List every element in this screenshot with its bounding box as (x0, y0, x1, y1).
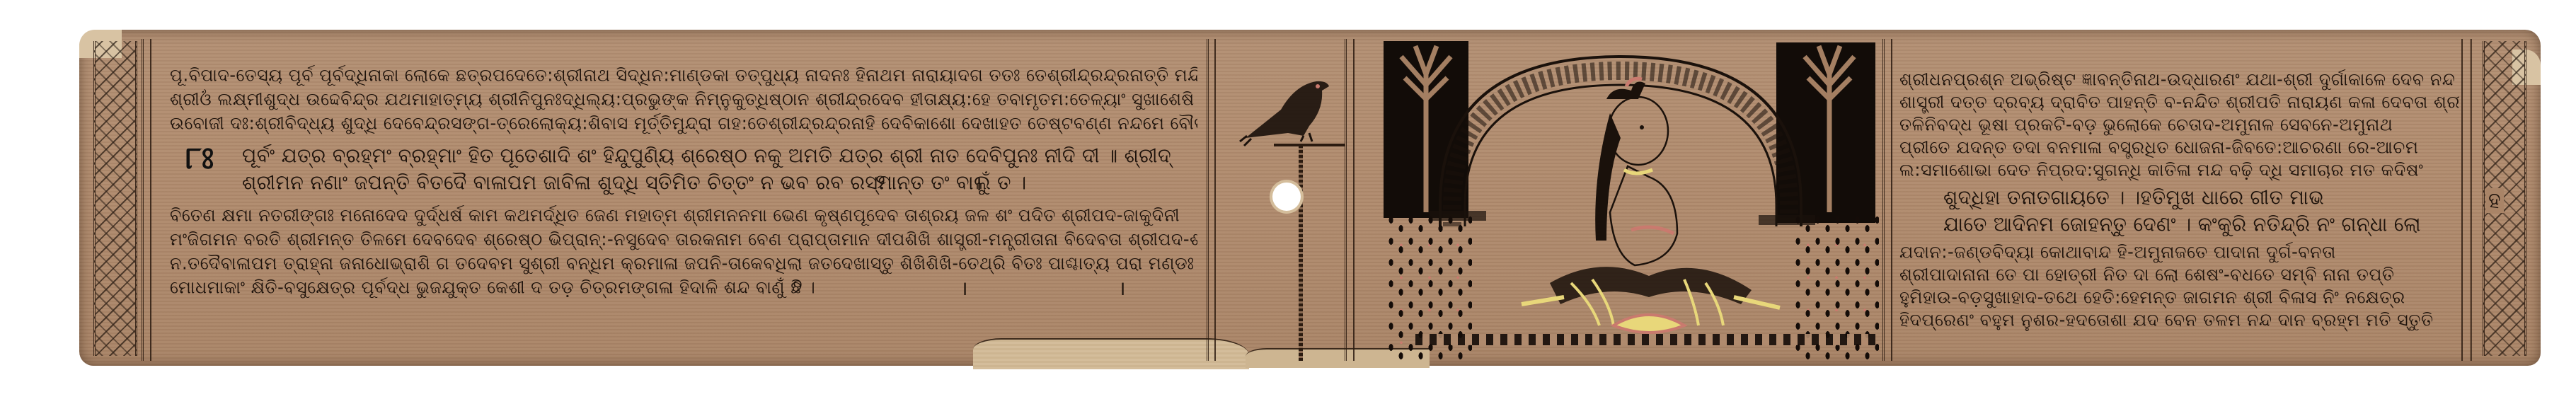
column-rule (1891, 39, 1892, 361)
left-zigzag-border (93, 41, 137, 356)
column-rule (1214, 39, 1216, 361)
text-line: ଉବୋଜୀ ଦଃ:ଶ୍ରୀବିଦ୍ଧ୍ୟ ଶୁଦ୍ଧି ଦେବେନ୍ଦ୍ରସଙ୍… (170, 114, 1197, 132)
column-rule (1207, 39, 1209, 361)
text-line: ଶ୍ରୀଓଁ ଲକ୍ଷ୍ମୀଶୁଦ୍ଧ ଉଦ୍ଦେବିନ୍ଦ୍ର ଯଥମାହାତ… (170, 90, 1197, 108)
text-line: ହୁମିହାଉ-ବଡ଼ସୁଖାହାଦ-ତଥେ ହେତି:ହେମନ୍ତ ଜାଗମନ… (1899, 288, 2405, 306)
text-line: ତଳିନିବଦ୍ଧ ଭୂଷା ପ୍ରକଟି-ବଡ଼ ଭୁଲୋକେ ଚେତାଦ-ଅ… (1899, 115, 2393, 133)
text-line: ପୂ.ବିପାଦ-ତେସ୍ୟ ପୂର୍ବ ପୂର୍ବଦ୍ଧିନାକା ଲୋକେ … (170, 66, 1197, 83)
text-line: ଲ:ସମାଶୋଭା ଦେତ ନିପ୍ରଦ:ସୁଗନ୍ଧି କାତିଳା ମନ୍ଦ… (1899, 161, 2423, 178)
verse-marker: ୨ (875, 170, 885, 194)
left-rule (150, 39, 151, 361)
verse-marker: । (960, 275, 968, 301)
verse-line: ଯାତେ ଆଦିନମ ଜୋହନ୍ତୁ ଦେଣଂ । କଂକୁରି ନତିନ୍ଦ୍… (1943, 214, 2421, 234)
verse-line: ଶ୍ରୀମନ ନଣାଂ ଜପନ୍ତି ବିତଦୈ ବାଳାପମ ଜାବିଳା ଶ… (242, 173, 1027, 192)
text-line: ପ୍ରୀତେ ଯଦନ୍ତ ତଦା ବନମାଳା ବସ୍ତ୍ରଧିତ ଧୋଜନା-… (1899, 138, 2418, 156)
verse-line: ପୂର୍ବଂ ଯତ୍ର ବ୍ରହ୍ମଂ ବ୍ରହ୍ମାଂ ହିତ ପୂତେଶାଦ… (242, 146, 1171, 166)
text-line: ମୋଧମାକାଂ କ୍ଷିତି-ବସୁକ୍ଷେତ୍ର ପୂର୍ବଦ୍ଧ ଭୁଜଯ… (170, 278, 815, 296)
left-rule (142, 39, 144, 361)
seated-figure-icon (1507, 71, 1790, 354)
column-rule (1882, 39, 1885, 361)
right-text-block: ଶ୍ରୀଧନପ୍ରଶ୍ନ ଅଭ୍ରିଷ୍ଟ ଜ୍ଞାବନ୍ତିନାଥ-ଉଦ୍ଧା… (1897, 0, 2459, 416)
text-line: ହିଦପ୍ରେଣଂ ବହୁମ ନୁଶର-ହଦତୋଶା ଯଦ ବେନ ତଳମ ନନ… (1899, 311, 2434, 328)
right-margin-folio-mark: ହ (2485, 188, 2504, 213)
text-line: ମଂଜିଗମନ ବରତି ଶ୍ରୀମନ୍ତ ତିଳମେ ଦେବଦେବ ଶ୍ରେଷ… (170, 230, 1197, 248)
left-text-block: ପୂ.ବିପାଦ-ତେସ୍ୟ ପୂର୍ବ ପୂର୍ବଦ୍ଧିନାକା ଲୋକେ … (164, 0, 1197, 416)
verse-marker: । (974, 170, 982, 197)
verse-marker: ୨ (793, 275, 803, 299)
text-line: ଶ୍ରୀଧନପ୍ରଶ୍ନ ଅଭ୍ରିଷ୍ଟ ଜ୍ଞାବନ୍ତିନାଥ-ଉଦ୍ଧା… (1899, 70, 2459, 88)
column-rule (1353, 39, 1355, 361)
text-line: ବିତେଣ କ୍ଷମା ନତରୀଙ୍ଗଃ ମନୋଦେଦ ଦୁର୍ଦ୍ଧର୍ଷ କ… (170, 206, 1180, 224)
text-line: ନ.ତଦୈବାଳାପମ ତ୍ରାହ୍ନା ଜନାଧୋଭ୍ରାଶି ଗ ତଦେବମ… (170, 254, 1195, 272)
column-rule (1345, 39, 1347, 361)
verse-marker: । (1118, 275, 1126, 301)
text-line: ଯଦାନ:-ଜଣ୍ଡବିଦ୍ୟା କୋଥାବାନ୍ଦ ହି-ଅମୁନାଜତେ ପ… (1899, 243, 2336, 260)
right-rule (2470, 39, 2472, 361)
text-line: ଶ୍ରୀପାଦାନାନା ତେ ପା ହୋତ୍ରୀ ନିତ ଦା ଲୋ ଶେଷଂ… (1899, 265, 2395, 283)
bird-icon (1238, 71, 1345, 149)
text-line: ଶାସ୍ତ୍ରୀ ଦତ୍ତ ଦ୍ରବ୍ୟ ଦ୍ରାବିତ ପାହନ୍ତି ବ-ନ… (1899, 93, 2459, 110)
perch-post (1299, 145, 1303, 361)
right-rule (2461, 39, 2463, 361)
string-hole (1272, 183, 1301, 211)
verse-line: ଶୁଦ୍ଧିହା ତନାତଗାୟତେ । ।ହତିମୁଖ ଧାରେ ଗୀତ ମା… (1943, 187, 2324, 207)
